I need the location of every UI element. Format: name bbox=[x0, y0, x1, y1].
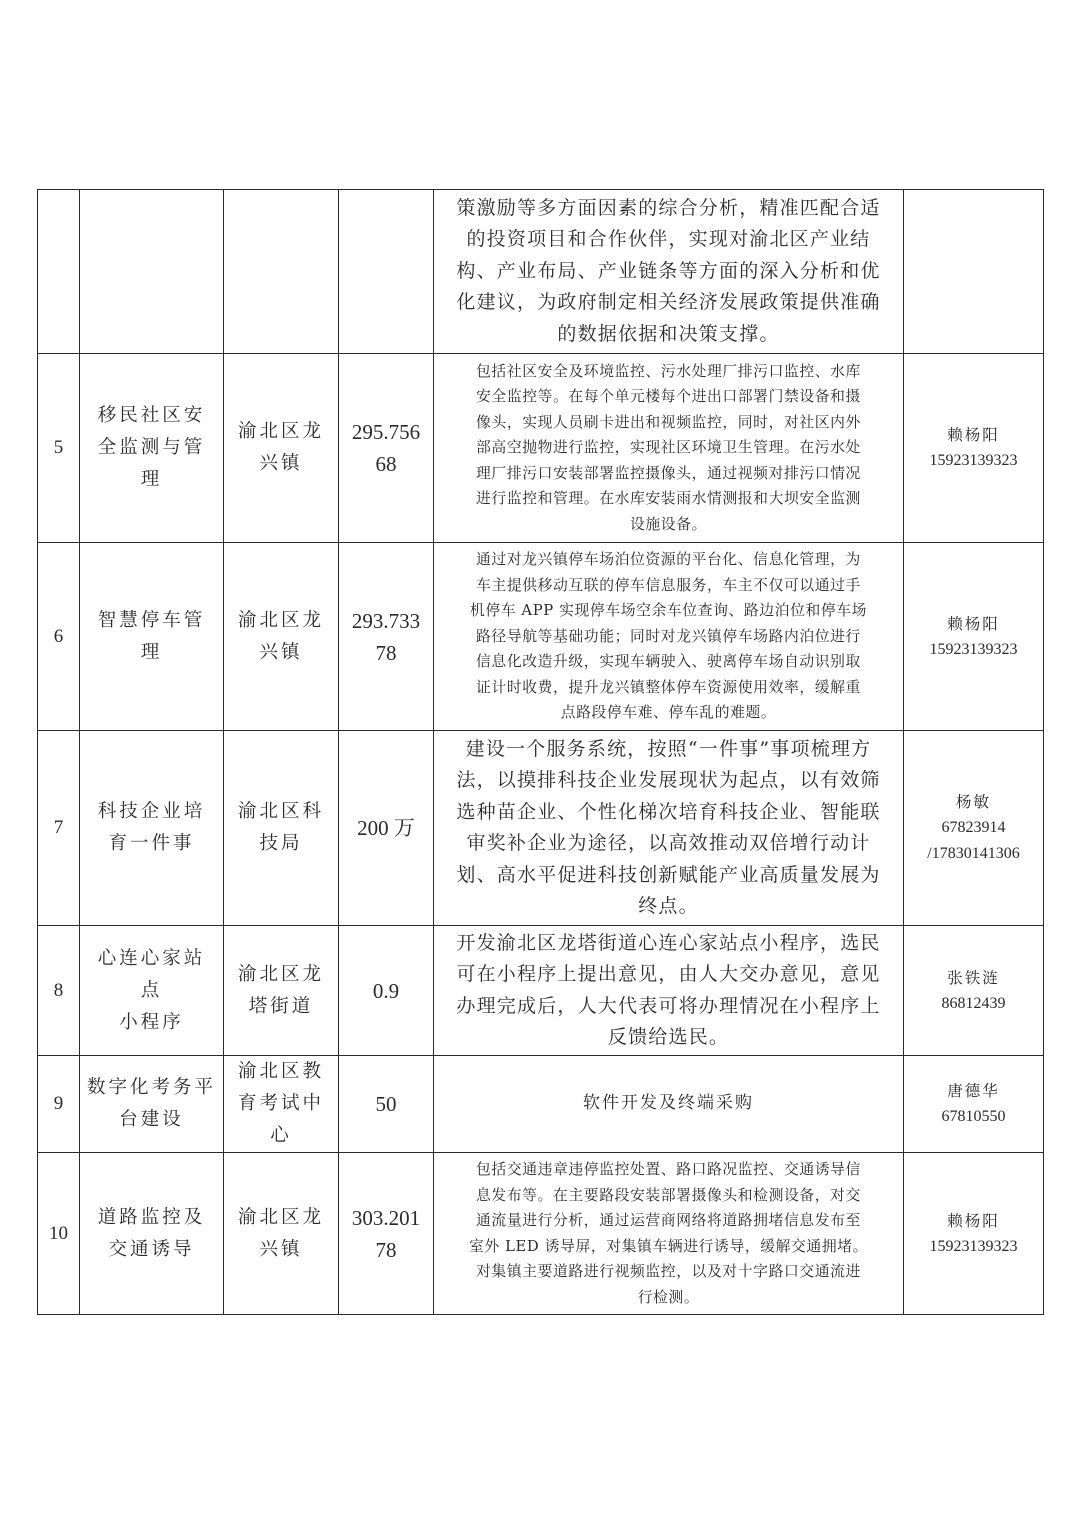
amount-cell: 200 万 bbox=[339, 731, 434, 926]
row-number: 9 bbox=[54, 1093, 64, 1114]
contact-phone: 15923139323 bbox=[908, 1234, 1039, 1260]
description-line: 化建议，为政府制定相关经济发展政策提供准确 bbox=[438, 287, 899, 319]
responsible-unit-line: 渝北区龙 bbox=[228, 416, 334, 448]
amount-line: 78 bbox=[343, 1234, 429, 1266]
responsible-unit-cell: 渝北区龙兴镇 bbox=[224, 354, 339, 543]
project-name-line: 理 bbox=[84, 637, 219, 669]
amount-cell: 293.73378 bbox=[339, 543, 434, 731]
contact-phone: 67823914 bbox=[908, 815, 1039, 841]
description-line: 行检测。 bbox=[438, 1285, 899, 1311]
amount-line: 78 bbox=[343, 637, 429, 669]
table-row: 5移民社区安全监测与管理渝北区龙兴镇295.75668包括社区安全及环境监控、污… bbox=[38, 354, 1044, 543]
description-line: 进行监控和管理。在水库安装雨水情测报和大坝安全监测 bbox=[438, 486, 899, 512]
amount-line: 0.9 bbox=[343, 975, 429, 1007]
contact-cell: 赖杨阳15923139323 bbox=[904, 1153, 1044, 1315]
project-name-line: 小程序 bbox=[84, 1007, 219, 1039]
responsible-unit-line: 渝北区龙 bbox=[228, 959, 334, 991]
row-number: 7 bbox=[54, 817, 64, 838]
responsible-unit-line: 塔街道 bbox=[228, 991, 334, 1023]
responsible-unit-line: 兴镇 bbox=[228, 1234, 334, 1266]
description-line: 息发布等。在主要路段安装部署摄像头和检测设备，对交 bbox=[438, 1183, 899, 1209]
description-line: 包括交通违章违停监控处置、路口路况监控、交通诱导信 bbox=[438, 1157, 899, 1183]
description-line: 信息化改造升级，实现车辆驶入、驶离停车场自动识别取 bbox=[438, 649, 899, 675]
amount-line: 50 bbox=[343, 1088, 429, 1120]
project-name-line: 数字化考务平 bbox=[84, 1072, 219, 1104]
description-line: 设施设备。 bbox=[438, 512, 899, 538]
contact-cell: 唐德华67810550 bbox=[904, 1056, 1044, 1153]
project-name-line: 育一件事 bbox=[84, 828, 219, 860]
description-cell: 包括交通违章违停监控处置、路口路况监控、交通诱导信息发布等。在主要路段安装部署摄… bbox=[434, 1153, 904, 1315]
responsible-unit-cell: 渝北区龙兴镇 bbox=[224, 1153, 339, 1315]
description-cell: 包括社区安全及环境监控、污水处理厂排污口监控、水库安全监控等。在每个单元楼每个进… bbox=[434, 354, 904, 543]
contact-phone: /17830141306 bbox=[908, 841, 1039, 867]
description-cell: 建设一个服务系统，按照“一件事”事项梳理方法，以摸排科技企业发展现状为起点，以有… bbox=[434, 731, 904, 926]
project-name-line: 心连心家站 bbox=[84, 943, 219, 975]
description-line: 理厂排污口安装部署监控摄像头，通过视频对排污口情况 bbox=[438, 461, 899, 487]
description-line: 对集镇主要道路进行视频监控，以及对十字路口交通流进 bbox=[438, 1259, 899, 1285]
amount-cell bbox=[339, 190, 434, 354]
responsible-unit-line: 渝北区龙 bbox=[228, 1202, 334, 1234]
table-row: 9数字化考务平台建设渝北区教育考试中心50软件开发及终端采购唐德华6781055… bbox=[38, 1056, 1044, 1153]
description-line: 审奖补企业为途径，以高效推动双倍增行动计 bbox=[438, 828, 899, 860]
description-line: 室外 LED 诱导屏，对集镇车辆进行诱导，缓解交通拥堵。 bbox=[438, 1234, 899, 1260]
contact-cell: 赖杨阳15923139323 bbox=[904, 543, 1044, 731]
description-line: 通流量进行分析，通过运营商网络将道路拥堵信息发布至 bbox=[438, 1208, 899, 1234]
description-line: 策激励等多方面因素的综合分析，精准匹配合适 bbox=[438, 193, 899, 225]
description-line: 反馈给选民。 bbox=[438, 1022, 899, 1054]
responsible-unit-line: 兴镇 bbox=[228, 448, 334, 480]
description-line: 路径导航等基础功能；同时对龙兴镇停车场路内泊位进行 bbox=[438, 624, 899, 650]
responsible-unit-line: 心 bbox=[228, 1120, 334, 1152]
description-line: 法，以摸排科技企业发展现状为起点，以有效筛 bbox=[438, 765, 899, 797]
responsible-unit-line: 渝北区教 bbox=[228, 1056, 334, 1088]
contact-phone: 67810550 bbox=[908, 1104, 1039, 1130]
row-number-cell: 9 bbox=[38, 1056, 80, 1153]
project-table: 策激励等多方面因素的综合分析，精准匹配合适的投资项目和合作伙伴，实现对渝北区产业… bbox=[37, 189, 1044, 1315]
amount-line: 293.733 bbox=[343, 605, 429, 637]
description-line: 证计时收费，提升龙兴镇整体停车资源使用效率，缓解重 bbox=[438, 675, 899, 701]
table-row: 8心连心家站点小程序渝北区龙塔街道0.9开发渝北区龙塔街道心连心家站点小程序，选… bbox=[38, 926, 1044, 1056]
project-name-line: 道路监控及 bbox=[84, 1202, 219, 1234]
description-line: 选种苗企业、个性化梯次培育科技企业、智能联 bbox=[438, 797, 899, 829]
project-name-cell: 道路监控及交通诱导 bbox=[80, 1153, 224, 1315]
responsible-unit-line: 渝北区龙 bbox=[228, 605, 334, 637]
description-line: 安全监控等。在每个单元楼每个进出口部署门禁设备和摄 bbox=[438, 384, 899, 410]
contact-phone: 86812439 bbox=[908, 991, 1039, 1017]
contact-name: 唐德华 bbox=[908, 1078, 1039, 1104]
responsible-unit-cell bbox=[224, 190, 339, 354]
responsible-unit-line: 渝北区科 bbox=[228, 796, 334, 828]
project-table-body: 策激励等多方面因素的综合分析，精准匹配合适的投资项目和合作伙伴，实现对渝北区产业… bbox=[38, 190, 1044, 1315]
project-name-line: 理 bbox=[84, 464, 219, 496]
description-line: 可在小程序上提出意见，由人大交办意见，意见 bbox=[438, 959, 899, 991]
table-row: 策激励等多方面因素的综合分析，精准匹配合适的投资项目和合作伙伴，实现对渝北区产业… bbox=[38, 190, 1044, 354]
description-line: 开发渝北区龙塔街道心连心家站点小程序，选民 bbox=[438, 928, 899, 960]
description-line: 办理完成后，人大代表可将办理情况在小程序上 bbox=[438, 991, 899, 1023]
responsible-unit-line: 兴镇 bbox=[228, 637, 334, 669]
responsible-unit-cell: 渝北区龙兴镇 bbox=[224, 543, 339, 731]
description-line: 划、高水平促进科技创新赋能产业高质量发展为 bbox=[438, 860, 899, 892]
project-name-line: 点 bbox=[84, 975, 219, 1007]
project-name-cell bbox=[80, 190, 224, 354]
description-line: 建设一个服务系统，按照“一件事”事项梳理方 bbox=[438, 734, 899, 766]
project-name-cell: 心连心家站点小程序 bbox=[80, 926, 224, 1056]
amount-cell: 50 bbox=[339, 1056, 434, 1153]
description-line: 终点。 bbox=[438, 891, 899, 923]
contact-cell: 赖杨阳15923139323 bbox=[904, 354, 1044, 543]
row-number: 5 bbox=[54, 437, 64, 458]
description-line: 点路段停车难、停车乱的难题。 bbox=[438, 700, 899, 726]
responsible-unit-line: 育考试中 bbox=[228, 1088, 334, 1120]
project-name-line: 智慧停车管 bbox=[84, 605, 219, 637]
responsible-unit-cell: 渝北区龙塔街道 bbox=[224, 926, 339, 1056]
description-line: 车主提供移动互联的停车信息服务，车主不仅可以通过手 bbox=[438, 573, 899, 599]
description-cell: 策激励等多方面因素的综合分析，精准匹配合适的投资项目和合作伙伴，实现对渝北区产业… bbox=[434, 190, 904, 354]
amount-line: 68 bbox=[343, 448, 429, 480]
description-line: 机停车 APP 实现停车场空余车位查询、路边泊位和停车场 bbox=[438, 598, 899, 624]
description-cell: 开发渝北区龙塔街道心连心家站点小程序，选民可在小程序上提出意见，由人大交办意见，… bbox=[434, 926, 904, 1056]
responsible-unit-line: 技局 bbox=[228, 828, 334, 860]
description-line: 像头，实现人员刷卡进出和视频监控，同时，对社区内外 bbox=[438, 410, 899, 436]
contact-name: 张铁涟 bbox=[908, 965, 1039, 991]
project-name-line: 台建设 bbox=[84, 1104, 219, 1136]
description-line: 的投资项目和合作伙伴，实现对渝北区产业结 bbox=[438, 224, 899, 256]
project-name-line: 交通诱导 bbox=[84, 1234, 219, 1266]
amount-cell: 295.75668 bbox=[339, 354, 434, 543]
project-name-line: 全监测与管 bbox=[84, 432, 219, 464]
amount-line: 295.756 bbox=[343, 416, 429, 448]
row-number-cell: 5 bbox=[38, 354, 80, 543]
responsible-unit-cell: 渝北区教育考试中心 bbox=[224, 1056, 339, 1153]
contact-name: 赖杨阳 bbox=[908, 1208, 1039, 1234]
responsible-unit-cell: 渝北区科技局 bbox=[224, 731, 339, 926]
description-cell: 通过对龙兴镇停车场泊位资源的平台化、信息化管理，为车主提供移动互联的停车信息服务… bbox=[434, 543, 904, 731]
project-name-line: 移民社区安 bbox=[84, 400, 219, 432]
contact-phone: 15923139323 bbox=[908, 448, 1039, 474]
contact-name: 杨敏 bbox=[908, 789, 1039, 815]
row-number: 10 bbox=[49, 1223, 68, 1244]
description-line: 包括社区安全及环境监控、污水处理厂排污口监控、水库 bbox=[438, 359, 899, 385]
row-number: 8 bbox=[54, 980, 64, 1001]
amount-line: 200 万 bbox=[343, 812, 429, 844]
row-number-cell: 7 bbox=[38, 731, 80, 926]
description-cell: 软件开发及终端采购 bbox=[434, 1056, 904, 1153]
contact-name: 赖杨阳 bbox=[908, 422, 1039, 448]
contact-name: 赖杨阳 bbox=[908, 611, 1039, 637]
table-row: 10道路监控及交通诱导渝北区龙兴镇303.20178包括交通违章违停监控处置、路… bbox=[38, 1153, 1044, 1315]
table-row: 6智慧停车管理渝北区龙兴镇293.73378通过对龙兴镇停车场泊位资源的平台化、… bbox=[38, 543, 1044, 731]
amount-line: 303.201 bbox=[343, 1202, 429, 1234]
description-line: 的数据依据和决策支撑。 bbox=[438, 319, 899, 351]
row-number-cell: 6 bbox=[38, 543, 80, 731]
contact-cell: 杨敏67823914/17830141306 bbox=[904, 731, 1044, 926]
contact-phone: 15923139323 bbox=[908, 637, 1039, 663]
row-number-cell: 8 bbox=[38, 926, 80, 1056]
project-name-cell: 智慧停车管理 bbox=[80, 543, 224, 731]
contact-cell: 张铁涟86812439 bbox=[904, 926, 1044, 1056]
row-number: 6 bbox=[54, 626, 64, 647]
project-name-cell: 移民社区安全监测与管理 bbox=[80, 354, 224, 543]
table-row: 7科技企业培育一件事渝北区科技局200 万建设一个服务系统，按照“一件事”事项梳… bbox=[38, 731, 1044, 926]
description-line: 软件开发及终端采购 bbox=[438, 1091, 899, 1117]
project-name-line: 科技企业培 bbox=[84, 796, 219, 828]
amount-cell: 0.9 bbox=[339, 926, 434, 1056]
amount-cell: 303.20178 bbox=[339, 1153, 434, 1315]
row-number-cell: 10 bbox=[38, 1153, 80, 1315]
project-name-cell: 科技企业培育一件事 bbox=[80, 731, 224, 926]
description-line: 部高空抛物进行监控，实现社区环境卫生管理。在污水处 bbox=[438, 435, 899, 461]
description-line: 通过对龙兴镇停车场泊位资源的平台化、信息化管理，为 bbox=[438, 547, 899, 573]
description-line: 构、产业布局、产业链条等方面的深入分析和优 bbox=[438, 256, 899, 288]
project-name-cell: 数字化考务平台建设 bbox=[80, 1056, 224, 1153]
contact-cell bbox=[904, 190, 1044, 354]
row-number-cell bbox=[38, 190, 80, 354]
